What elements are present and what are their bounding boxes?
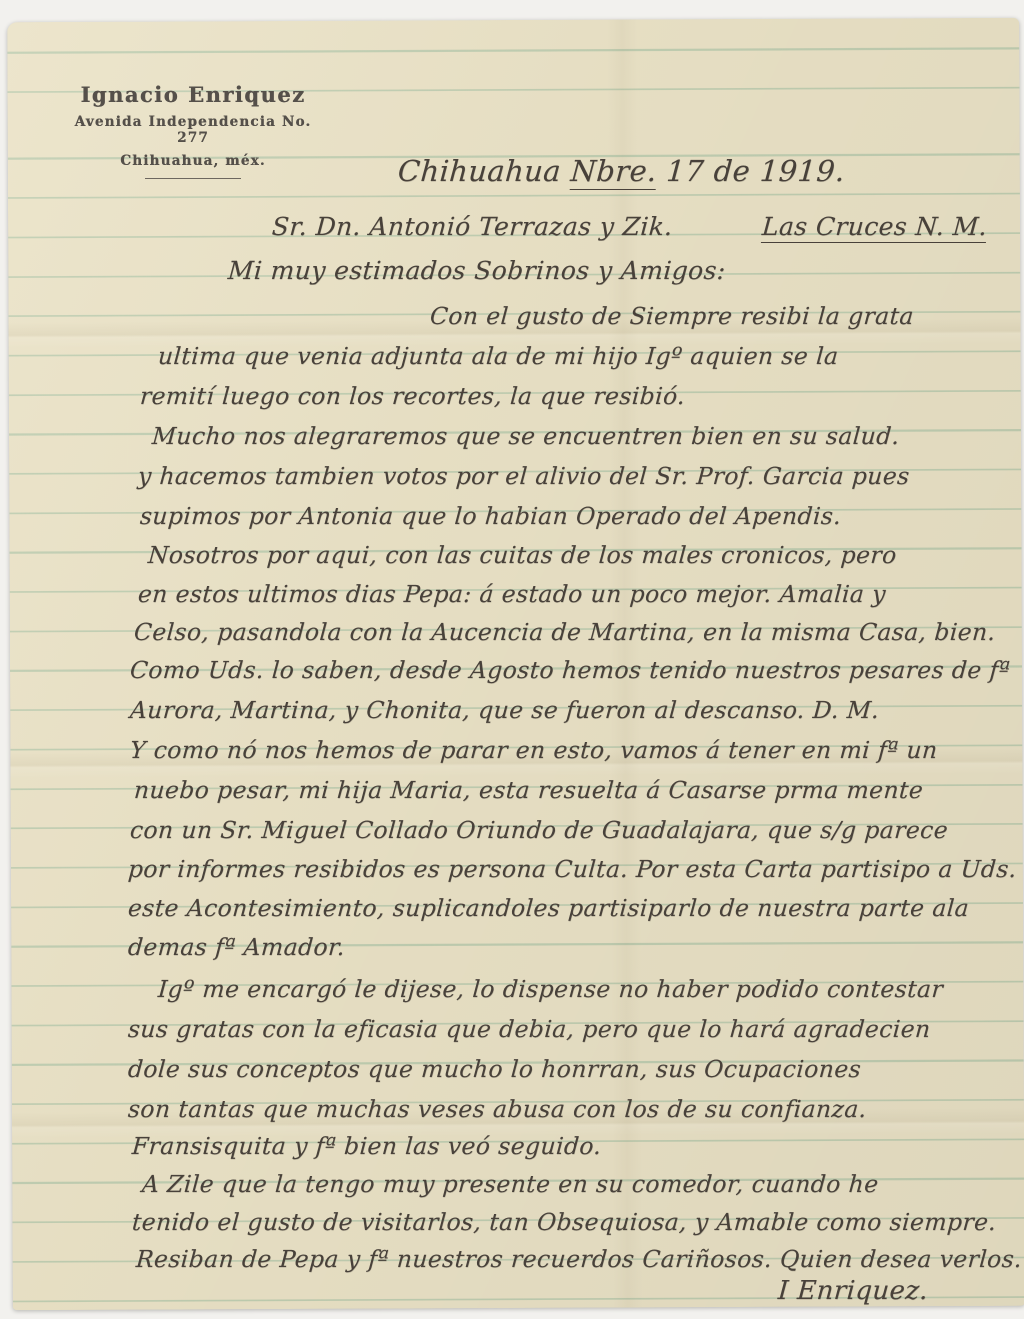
- body-line: nuebo pesar, mi hija Maria, esta resuelt…: [133, 776, 924, 804]
- body-line: con un Sr. Miguel Collado Oriundo de Gua…: [129, 816, 949, 844]
- body-line: Nosotros por aqui, con las cuitas de los…: [147, 541, 898, 569]
- body-line: Resiban de Pepa y fª nuestros recuerdos …: [135, 1245, 1023, 1273]
- body-line: ultima que venia adjunta ala de mi hijo …: [157, 342, 839, 370]
- body-line: y hacemos tambien votos por el alivio de…: [137, 462, 911, 490]
- body-line: Como Uds. lo saben, desde Agosto hemos t…: [129, 656, 1011, 684]
- body-line: tenido el gusto de visitarlos, tan Obseq…: [131, 1208, 997, 1236]
- letterhead-rule: [145, 178, 241, 179]
- body-line: remití luego con los recortes, la que re…: [139, 382, 686, 410]
- letterhead-city: Chihuahua, méx.: [58, 153, 328, 169]
- place-line: Las Cruces N. M.: [761, 212, 988, 243]
- body-line: Con el gusto de Siempre resibi la grata: [429, 302, 915, 330]
- letterhead: Ignacio Enriquez Avenida Independencia N…: [58, 82, 328, 179]
- salutation: Mi muy estimados Sobrinos y Amigos:: [227, 256, 727, 285]
- body-line: Aurora, Martina, y Chonita, que se fuero…: [129, 696, 880, 724]
- body-line: son tantas que muchas veses abusa con lo…: [127, 1095, 868, 1123]
- dateline-rest: 17 de 1919.: [656, 154, 846, 188]
- body-line: Fransisquita y fª bien las veó seguido.: [131, 1132, 602, 1160]
- body-line: sus gratas con la eficasia que debia, pe…: [127, 1015, 932, 1043]
- body-line: supimos por Antonia que lo habian Operad…: [139, 502, 842, 530]
- dateline: Chihuahua Nbre. 17 de 1919.: [397, 154, 846, 188]
- body-line: A Zile que la tengo muy presente en su c…: [141, 1170, 880, 1198]
- recipient-line: Sr. Dn. Antonió Terrazas y Zik.: [271, 212, 674, 241]
- body-line: Mucho nos alegraremos que se encuentren …: [151, 422, 901, 450]
- body-line: en estos ultimos dias Pepa: á estado un …: [137, 580, 887, 608]
- signature: I Enriquez.: [777, 1276, 929, 1306]
- dateline-city: Chihuahua: [397, 154, 572, 188]
- body-line: por informes resibidos es persona Culta.…: [127, 855, 1018, 883]
- dateline-month: Nbre.: [569, 154, 658, 190]
- letterhead-address: Avenida Independencia No. 277: [58, 114, 328, 146]
- letterhead-name: Ignacio Enriquez: [58, 82, 328, 107]
- body-line: Celso, pasandola con la Aucencia de Mart…: [133, 618, 997, 646]
- body-line: este Acontesimiento, suplicandoles parti…: [127, 894, 970, 922]
- body-line: Igº me encargó le dijese, lo dispense no…: [157, 975, 944, 1003]
- body-line: Y como nó nos hemos de parar en esto, va…: [129, 736, 939, 764]
- body-line: dole sus conceptos que mucho lo honrran,…: [127, 1055, 862, 1083]
- body-line: demas fª Amador.: [127, 933, 346, 961]
- scanned-letter: Ignacio Enriquez Avenida Independencia N…: [0, 0, 1024, 1319]
